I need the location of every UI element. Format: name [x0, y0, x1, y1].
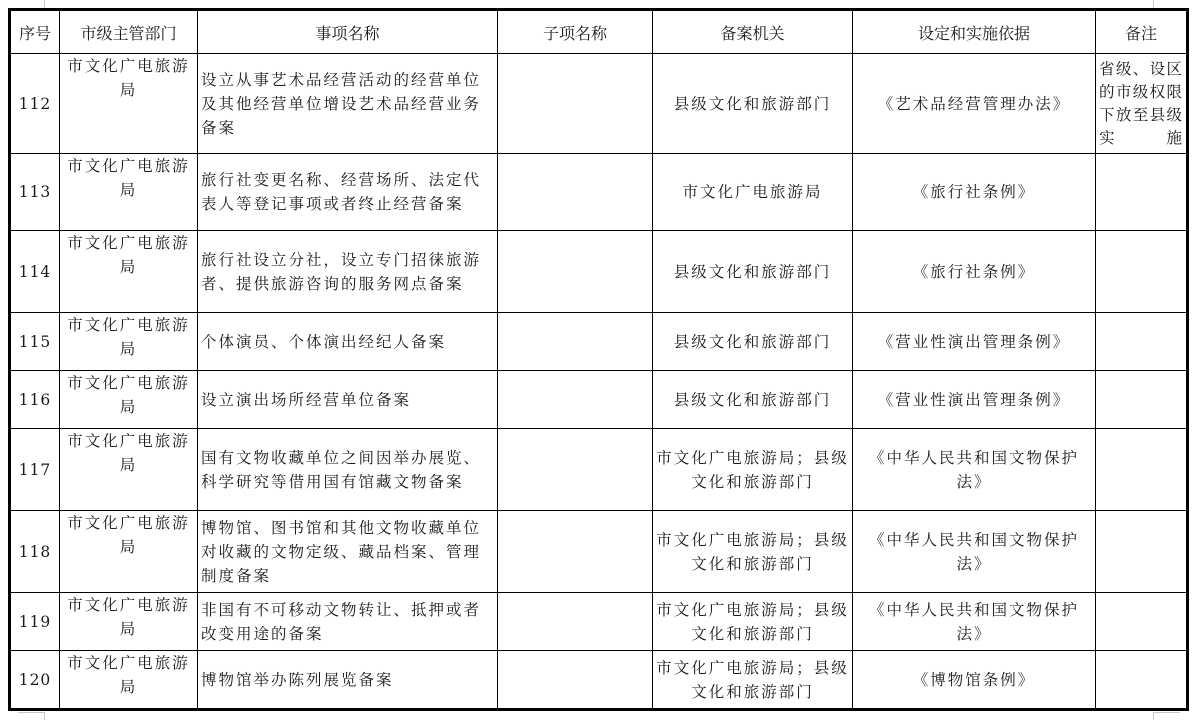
cell-department: 市文化广电旅游局 — [60, 371, 198, 429]
cell-notes — [1096, 313, 1188, 371]
cell-filing-authority: 县级文化和旅游部门 — [653, 231, 853, 313]
cell-notes — [1096, 511, 1188, 593]
table-row: 119市文化广电旅游局非国有不可移动文物转让、抵押或者改变用途的备案市文化广电旅… — [10, 593, 1188, 651]
filing-items-table: 序号 市级主管部门 事项名称 子项名称 备案机关 设定和实施依据 备注 112市… — [8, 8, 1189, 711]
cell-legal-basis: 《艺术品经营管理办法》 — [853, 54, 1096, 154]
cell-filing-authority: 县级文化和旅游部门 — [653, 54, 853, 154]
cell-department: 市文化广电旅游局 — [60, 651, 198, 710]
cell-sub-item — [498, 593, 653, 651]
cell-notes — [1096, 154, 1188, 231]
table-row: 113市文化广电旅游局旅行社变更名称、经营场所、法定代表人等登记事项或者终止经营… — [10, 154, 1188, 231]
cell-sub-item — [498, 231, 653, 313]
cell-item-name: 个体演员、个体演出经纪人备案 — [198, 313, 498, 371]
cell-notes — [1096, 231, 1188, 313]
cell-sub-item — [498, 154, 653, 231]
cell-item-name: 博物馆、图书馆和其他文物收藏单位对收藏的文物定级、藏品档案、管理制度备案 — [198, 511, 498, 593]
header-department: 市级主管部门 — [60, 10, 198, 54]
cell-item-name: 设立演出场所经营单位备案 — [198, 371, 498, 429]
header-sub-item: 子项名称 — [498, 10, 653, 54]
cell-seq: 120 — [10, 651, 60, 710]
cell-notes — [1096, 429, 1188, 511]
cell-seq: 115 — [10, 313, 60, 371]
table-row: 115市文化广电旅游局个体演员、个体演出经纪人备案县级文化和旅游部门《营业性演出… — [10, 313, 1188, 371]
cell-notes — [1096, 593, 1188, 651]
header-item-name: 事项名称 — [198, 10, 498, 54]
cell-department: 市文化广电旅游局 — [60, 429, 198, 511]
cell-item-name: 非国有不可移动文物转让、抵押或者改变用途的备案 — [198, 593, 498, 651]
cell-department: 市文化广电旅游局 — [60, 154, 198, 231]
cell-department: 市文化广电旅游局 — [60, 313, 198, 371]
cell-notes — [1096, 651, 1188, 710]
cell-seq: 112 — [10, 54, 60, 154]
cell-department: 市文化广电旅游局 — [60, 511, 198, 593]
cell-filing-authority: 县级文化和旅游部门 — [653, 371, 853, 429]
cell-legal-basis: 《旅行社条例》 — [853, 154, 1096, 231]
cell-sub-item — [498, 429, 653, 511]
page-corner-mark — [18, 712, 45, 720]
header-seq: 序号 — [10, 10, 60, 54]
cell-legal-basis: 《旅行社条例》 — [853, 231, 1096, 313]
table-row: 117市文化广电旅游局国有文物收藏单位之间因举办展览、科学研究等借用国有馆藏文物… — [10, 429, 1188, 511]
cell-item-name: 旅行社设立分社，设立专门招徕旅游者、提供旅游咨询的服务网点备案 — [198, 231, 498, 313]
cell-sub-item — [498, 651, 653, 710]
cell-filing-authority: 市文化广电旅游局；县级文化和旅游部门 — [653, 593, 853, 651]
cell-seq: 118 — [10, 511, 60, 593]
cell-seq: 114 — [10, 231, 60, 313]
cell-item-name: 旅行社变更名称、经营场所、法定代表人等登记事项或者终止经营备案 — [198, 154, 498, 231]
cell-item-name: 国有文物收藏单位之间因举办展览、科学研究等借用国有馆藏文物备案 — [198, 429, 498, 511]
table-row: 120市文化广电旅游局博物馆举办陈列展览备案市文化广电旅游局；县级文化和旅游部门… — [10, 651, 1188, 710]
cell-filing-authority: 市文化广电旅游局 — [653, 154, 853, 231]
header-legal-basis: 设定和实施依据 — [853, 10, 1096, 54]
cell-notes: 省级、设区的市级权限下放至县级实施 — [1096, 54, 1188, 154]
cell-legal-basis: 《营业性演出管理条例》 — [853, 371, 1096, 429]
cell-filing-authority: 市文化广电旅游局；县级文化和旅游部门 — [653, 429, 853, 511]
cell-seq: 116 — [10, 371, 60, 429]
table-row: 118市文化广电旅游局博物馆、图书馆和其他文物收藏单位对收藏的文物定级、藏品档案… — [10, 511, 1188, 593]
page-corner-mark — [1153, 712, 1180, 720]
cell-sub-item — [498, 54, 653, 154]
cell-department: 市文化广电旅游局 — [60, 231, 198, 313]
table-row: 112市文化广电旅游局设立从事艺术品经营活动的经营单位及其他经营单位增设艺术品经… — [10, 54, 1188, 154]
header-filing-authority: 备案机关 — [653, 10, 853, 54]
cell-filing-authority: 市文化广电旅游局；县级文化和旅游部门 — [653, 651, 853, 710]
cell-filing-authority: 县级文化和旅游部门 — [653, 313, 853, 371]
cell-item-name: 设立从事艺术品经营活动的经营单位及其他经营单位增设艺术品经营业务备案 — [198, 54, 498, 154]
header-notes: 备注 — [1096, 10, 1188, 54]
cell-department: 市文化广电旅游局 — [60, 593, 198, 651]
cell-sub-item — [498, 371, 653, 429]
cell-item-name: 博物馆举办陈列展览备案 — [198, 651, 498, 710]
cell-seq: 117 — [10, 429, 60, 511]
cell-department: 市文化广电旅游局 — [60, 54, 198, 154]
cell-notes — [1096, 371, 1188, 429]
cell-legal-basis: 《中华人民共和国文物保护法》 — [853, 593, 1096, 651]
table-row: 116市文化广电旅游局设立演出场所经营单位备案县级文化和旅游部门《营业性演出管理… — [10, 371, 1188, 429]
cell-sub-item — [498, 511, 653, 593]
cell-legal-basis: 《中华人民共和国文物保护法》 — [853, 511, 1096, 593]
table-header-row: 序号 市级主管部门 事项名称 子项名称 备案机关 设定和实施依据 备注 — [10, 10, 1188, 54]
cell-sub-item — [498, 313, 653, 371]
cell-legal-basis: 《营业性演出管理条例》 — [853, 313, 1096, 371]
cell-seq: 113 — [10, 154, 60, 231]
cell-seq: 119 — [10, 593, 60, 651]
cell-legal-basis: 《中华人民共和国文物保护法》 — [853, 429, 1096, 511]
cell-filing-authority: 市文化广电旅游局；县级文化和旅游部门 — [653, 511, 853, 593]
table-row: 114市文化广电旅游局旅行社设立分社，设立专门招徕旅游者、提供旅游咨询的服务网点… — [10, 231, 1188, 313]
cell-legal-basis: 《博物馆条例》 — [853, 651, 1096, 710]
